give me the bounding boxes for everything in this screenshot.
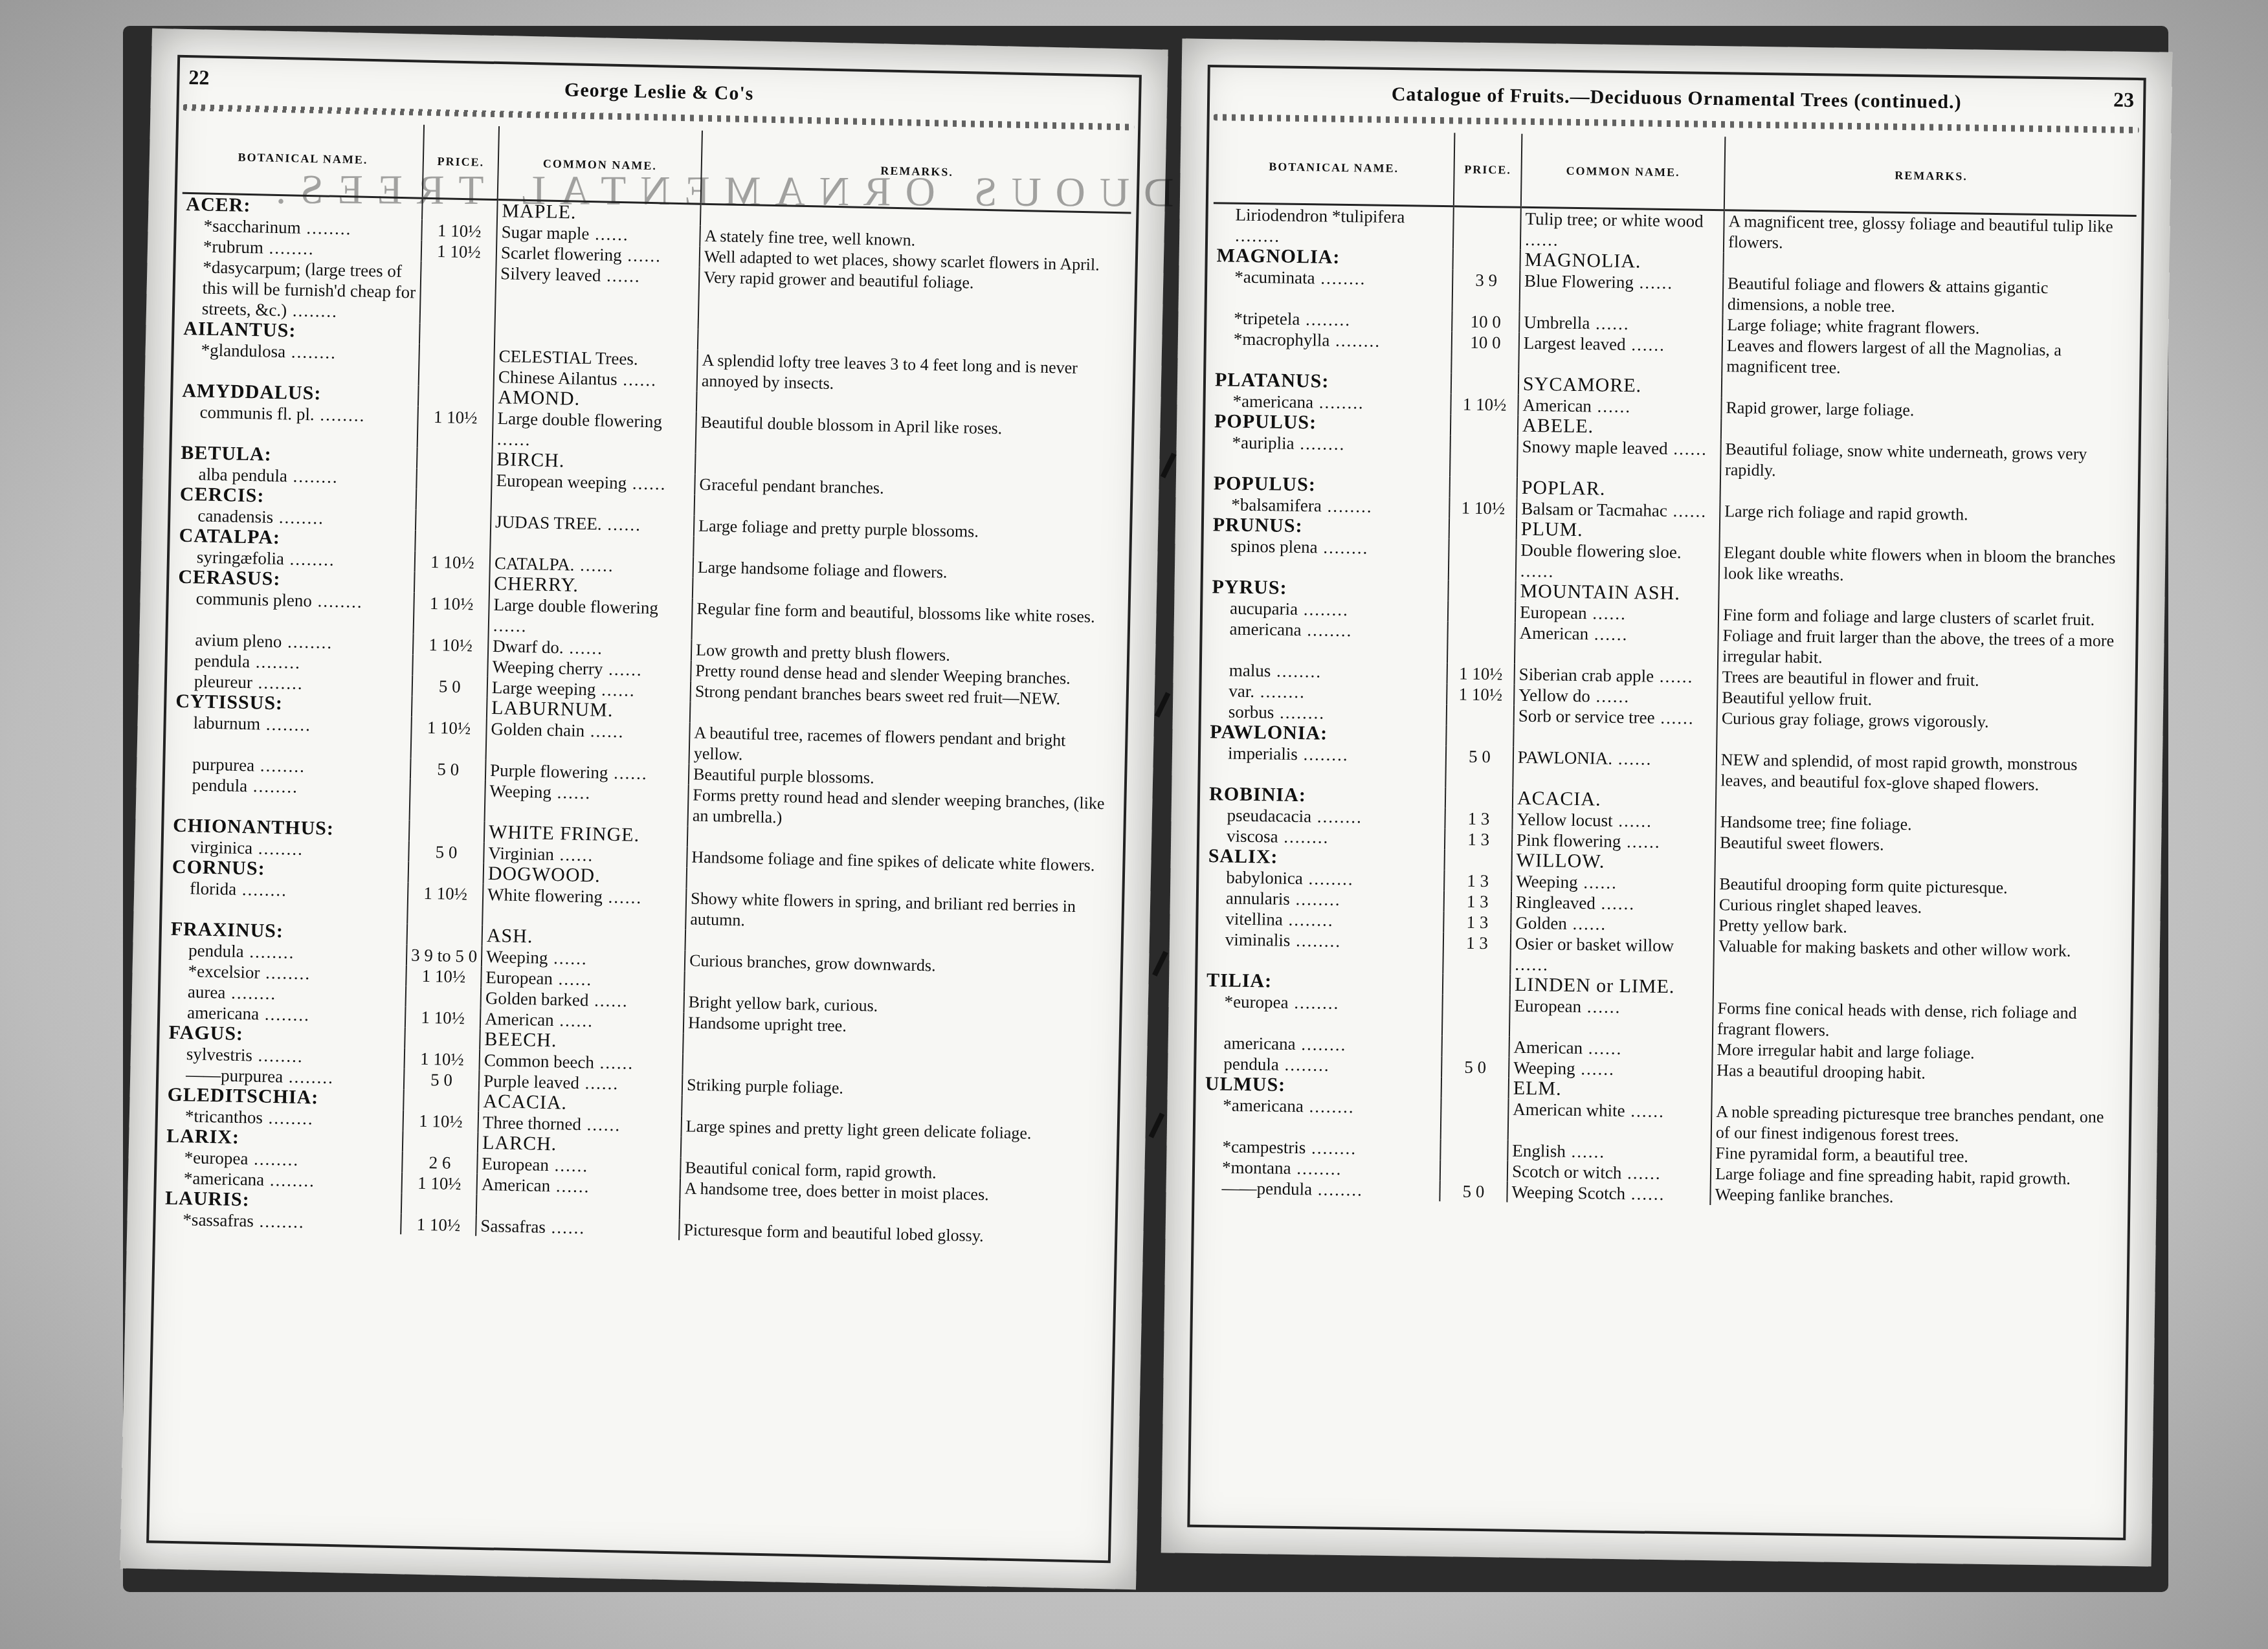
common-name-cell: JUDAS TREE. [491,511,695,537]
page-frame: 22 George Leslie & Co's DECIDUOUS ORNAME… [146,55,1142,1564]
price-cell: 1 10½ [421,220,497,242]
common-name-cell: American [476,1174,680,1199]
price-cell [419,324,495,346]
col-price: PRICE. [423,125,499,200]
price-cell: 1 10½ [401,1213,476,1235]
botanical-name-cell: *americana [1201,1094,1441,1139]
botanical-name-cell: *sassafras [161,1209,401,1235]
price-cell [1448,601,1515,622]
common-name-cell: Umbrella [1519,312,1722,335]
price-cell: 1 10½ [413,634,489,656]
price-cell [1447,704,1514,725]
common-name-cell: Osier or basket willow [1510,933,1714,977]
botanical-name-cell: *glandulosa [179,339,419,386]
botanical-name-cell: laburnum [171,712,412,758]
common-name-cell: Snowy maple leaved [1517,436,1721,480]
catalogue-rows: ACER:MAPLE.*saccharinum1 10½Sugar mapleA… [161,193,1131,1249]
price-cell: 1 3 [1445,808,1512,829]
price-cell: 2 6 [402,1151,478,1173]
price-cell: 1 10½ [406,965,482,987]
botanical-name-cell: pseudacacia [1205,804,1445,828]
price-cell [412,654,488,676]
botanical-name-cell: POPULUS: [1210,473,1450,497]
common-name-cell: Scotch or witch [1507,1161,1711,1184]
remarks-cell: Foliage and fruit larger than the above,… [1718,625,2131,672]
price-cell: 1 10½ [407,882,483,925]
price-cell: 3 9 to 5 0 [406,944,482,966]
catalogue-rows: Liriodendron *tulipiferaTulip tree; or w… [1199,203,2136,1211]
price-cell: 1 3 [1444,891,1511,912]
price-cell [409,820,485,842]
common-name-cell: Yellow locust [1512,809,1715,832]
common-name-cell: WILLOW. [1512,850,1715,874]
price-cell [412,696,487,718]
price-cell [1453,206,1521,250]
price-cell [408,861,484,883]
price-cell [422,198,498,221]
catalogue-table: BOTANICAL NAME. PRICE. COMMON NAME. REMA… [1199,129,2137,1211]
common-name-cell: LINDEN or LIME. [1510,975,1713,998]
price-cell: 1 10½ [1449,497,1517,518]
price-cell: 10 0 [1451,331,1519,373]
col-price: PRICE. [1454,133,1522,207]
botanical-name-cell: SALIX: [1205,846,1445,870]
price-cell [1447,621,1515,663]
botanical-name-cell: PAWLONIA: [1206,722,1446,746]
remarks-cell: Very rapid grower and beautiful foliage. [698,267,1130,338]
price-cell: 5 0 [408,841,484,863]
catalogue-table: BOTANICAL NAME. PRICE. COMMON NAME. REMA… [161,120,1133,1249]
botanical-name-cell: vitellina [1203,908,1443,932]
price-cell [1442,994,1510,1036]
common-name-cell: CELESTIAL Trees. Chinese Ailantus [494,346,698,392]
remarks-cell: Elegant double white flowers when in blo… [1719,542,2132,590]
botanical-name-cell: communis pleno [173,588,414,634]
col-common-name: COMMON NAME. [498,126,702,204]
remarks-cell: Beautiful foliage and flowers & attains … [1723,273,2136,320]
botanical-name-cell: PRUNUS: [1209,515,1449,538]
price-cell: 1 10½ [405,1006,481,1028]
botanical-name-cell: *tripetela [1212,307,1452,331]
botanical-name-cell: *macrophylla [1211,328,1452,373]
price-cell [1440,1160,1507,1181]
price-cell: 1 10½ [401,1172,477,1194]
common-name-cell: American [1515,623,1718,667]
common-name-cell: Sassafras [476,1215,680,1241]
botanical-name-cell: ROBINIA: [1205,784,1445,808]
botanical-name-cell: pendula [170,774,410,821]
common-name-cell: MAGNOLIA. [1520,250,1723,273]
price-cell: 1 10½ [414,592,489,635]
common-name-cell: ELM. [1509,1078,1712,1101]
price-cell [416,469,492,491]
price-cell [414,571,490,593]
botanical-name-cell: MAGNOLIA: [1213,245,1453,269]
botanical-name-cell: aucuparia [1208,597,1448,621]
price-cell [418,386,494,408]
common-name-cell: Weeping Scotch [1507,1182,1710,1205]
price-cell [1441,1035,1509,1057]
common-name-cell: Blue Flowering [1520,271,1724,315]
price-cell: 1 3 [1444,870,1511,891]
common-name-cell: European [1515,602,1718,625]
price-cell [401,1193,477,1215]
common-name-cell: Golden [1511,913,1714,936]
price-cell [1450,476,1517,498]
botanical-name-cell: POPULUS: [1210,411,1451,435]
botanical-name-cell: TILIA: [1203,970,1443,994]
price-cell [1451,373,1518,394]
botanical-name-cell: annularis [1204,887,1444,911]
common-name-cell: Double flowering sloe. [1516,540,1720,584]
common-name-cell: MOUNTAIN ASH. [1515,581,1718,604]
botanical-name-cell: communis fl. pl. [177,401,418,448]
price-cell: 5 0 [410,758,486,780]
botanical-name-cell: *dasycarpum; (large trees of this will b… [180,256,421,324]
price-cell [1450,435,1518,477]
botanical-name-cell: spinos plena [1208,535,1449,580]
price-cell: 1 3 [1443,911,1511,933]
botanical-name-cell: ULMUS: [1201,1074,1441,1098]
price-cell: 1 3 [1443,932,1511,974]
botanical-name-cell: ——pendula [1199,1177,1440,1201]
price-cell [1448,580,1515,601]
botanical-name-cell: *auriplia [1210,432,1451,476]
common-name-cell: Yellow do [1514,685,1717,708]
left-page: 22 George Leslie & Co's DECIDUOUS ORNAME… [120,28,1168,1589]
price-cell [416,489,492,511]
common-name-cell: ACACIA. [1513,788,1716,812]
common-name-cell: Silvery leaved [495,263,700,329]
botanical-name-cell: PLATANUS: [1211,370,1451,393]
botanical-name-cell: PYRUS: [1208,577,1448,601]
price-cell: 5 0 [1441,1056,1509,1078]
common-name-cell: POPLAR. [1517,478,1720,501]
common-name-cell: European [1509,995,1713,1039]
price-cell [1451,414,1518,436]
common-name-cell: PLUM. [1517,519,1720,542]
common-name-cell: White flowering [482,884,686,930]
price-cell [403,1131,478,1153]
common-name-cell: Large double flowering [493,408,696,454]
common-name-cell: Siberian crab apple [1515,664,1718,687]
price-cell [403,1089,479,1111]
col-remarks: REMARKS. [1724,137,2138,216]
col-remarks: REMARKS. [701,131,1133,213]
price-cell: 5 0 [1440,1180,1507,1202]
common-name-cell: Large double flowering [489,594,693,640]
botanical-name-cell: *campestris [1200,1136,1440,1160]
price-cell: 1 10½ [403,1110,479,1132]
price-cell: 1 10½ [415,551,491,573]
price-cell: 5 0 [412,675,488,697]
price-cell: 5 0 [1445,746,1513,788]
price-cell: 10 0 [1452,311,1519,332]
common-name-cell: American [1509,1037,1712,1060]
common-name-cell: Weeping [1511,871,1715,894]
price-cell [419,344,495,387]
price-cell: 1 10½ [421,241,497,263]
col-common-name: COMMON NAME. [1521,134,1726,210]
remarks-cell: A magnificent tree, glossy foliage and b… [1724,210,2137,258]
botanical-name-cell: Liriodendron *tulipifera [1213,203,1454,249]
price-cell [420,261,496,325]
price-cell [410,779,485,821]
price-cell: 1 10½ [405,1048,480,1070]
price-cell: 1 3 [1445,828,1512,850]
botanical-name-cell: babylonica [1204,867,1444,891]
price-cell [1441,1077,1509,1098]
price-cell [406,986,482,1008]
botanical-name-cell: *europea [1202,991,1443,1035]
remarks-cell: NEW and splendid, of most rapid growth, … [1716,749,2129,797]
botanical-name-cell: *acuminata [1212,266,1453,311]
botanical-name-cell: imperialis [1205,742,1446,787]
common-name-cell: English [1507,1140,1711,1164]
price-cell: 5 0 [404,1068,480,1090]
common-name-cell: Sorb or service tree [1514,705,1717,729]
price-cell [407,924,483,946]
common-name-cell: Tulip tree; or white wood [1520,207,1724,252]
price-cell [1445,787,1513,808]
price-cell [415,531,491,553]
remarks-cell: Beautiful foliage, snow white underneath… [1720,439,2133,486]
price-cell [416,510,491,532]
botanical-name-cell: viminalis [1203,929,1443,973]
common-name-cell [1513,726,1717,749]
remarks-cell: Leaves and flowers largest of all the Ma… [1722,335,2135,382]
remarks-cell: Valuable for making baskets and other wi… [1713,936,2126,983]
remarks-cell: Forms fine conical heads with dense, ric… [1713,998,2126,1045]
common-name-cell: SYCAMORE. [1518,374,1722,397]
botanical-name-cell: malus [1207,659,1447,683]
price-cell [1440,1139,1507,1160]
botanical-name-cell: americana [1207,618,1448,663]
remarks-cell: A noble spreading picturesque tree branc… [1711,1101,2124,1149]
price-cell: 3 9 [1452,269,1520,311]
common-name-cell: ABELE. [1518,415,1721,439]
price-cell [417,448,493,470]
botanical-name-cell: var. [1206,680,1447,704]
right-page: 23 Catalogue of Fruits.—Deciduous Orname… [1161,38,2173,1566]
price-cell [1441,1098,1509,1140]
common-name-cell: European weeping [491,470,695,495]
botanical-name-cell: americana [1202,1032,1442,1056]
common-name-cell: Largest leaved [1518,333,1722,377]
page-frame: 23 Catalogue of Fruits.—Deciduous Orname… [1187,65,2146,1540]
price-cell: 1 10½ [1447,663,1515,684]
common-name-cell: Golden chain [486,718,690,764]
price-cell: 1 10½ [1451,393,1518,415]
price-cell: 1 10½ [417,406,493,449]
common-name-cell: Ringleaved [1511,892,1715,915]
common-name-cell: PAWLONIA. [1513,747,1717,791]
common-name-cell: American white [1508,1099,1712,1143]
col-botanical-name: BOTANICAL NAME. [1214,129,1455,206]
botanical-name-cell: florida [167,878,408,924]
price-cell: 1 10½ [1447,683,1514,705]
price-cell [1443,973,1510,995]
price-cell [405,1027,480,1049]
col-botanical-name: BOTANICAL NAME. [183,120,424,198]
price-cell [1449,538,1517,581]
price-cell: 1 10½ [411,716,487,759]
price-cell [1445,849,1512,870]
price-cell [1446,725,1513,746]
common-name-cell: Weeping [485,780,689,826]
botanical-name-cell: *montana [1200,1157,1440,1180]
price-cell [1449,518,1517,539]
price-cell [1452,249,1520,270]
